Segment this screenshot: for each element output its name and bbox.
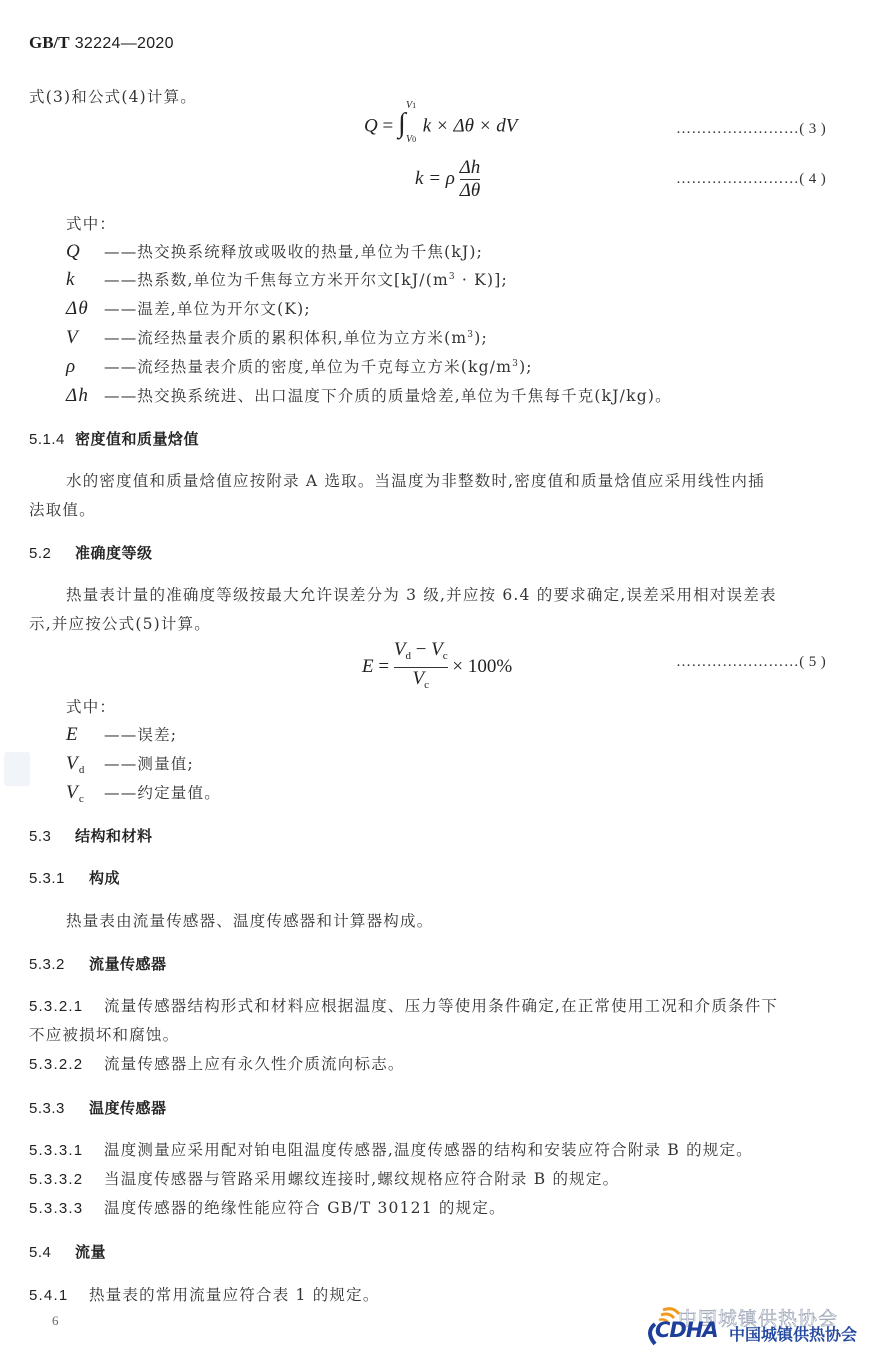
formula-4-denominator: Δθ — [460, 181, 481, 201]
logo-letters: CDHA — [655, 1318, 718, 1342]
formula-4-lhs: k — [415, 168, 423, 189]
page-number: 6 — [52, 1313, 59, 1329]
heading-5-1-4: 5.1.4密度值和质量焓值 — [29, 428, 199, 449]
formula-3-eq: = — [382, 115, 393, 136]
clause-5-3-3-3: 5.3.3.3温度传感器的绝缘性能应符合 GB/T 30121 的规定。 — [29, 1196, 506, 1218]
where-item-Q: Q——热交换系统释放或吸收的热量,单位为千焦(kJ); — [66, 240, 483, 263]
para-5-2-line2: 示,并应按公式(5)计算。 — [29, 612, 211, 634]
heading-5-3-3: 5.3.3温度传感器 — [29, 1097, 167, 1118]
where-item-rho: ρ——流经热量表介质的密度,单位为千克每立方米(kg/m3); — [66, 355, 533, 378]
formula-4-number: ……………………( 4 ) — [676, 171, 826, 188]
standard-code: GB/T 32224—2020 — [29, 33, 174, 53]
formula-4-fraction: Δh Δθ — [460, 158, 481, 201]
side-watermark-badge — [4, 752, 30, 786]
clause-5-4-1: 5.4.1热量表的常用流量应符合表 1 的规定。 — [29, 1283, 380, 1305]
integral-lower: V0 — [406, 134, 416, 145]
heading-5-3-1: 5.3.1构成 — [29, 867, 120, 888]
heading-5-2: 5.2准确度等级 — [29, 542, 153, 563]
para-5-3-1: 热量表由流量传感器、温度传感器和计算器构成。 — [66, 909, 433, 931]
clause-5-3-2-2: 5.3.2.2流量传感器上应有永久性介质流向标志。 — [29, 1052, 405, 1074]
where2-item-E: E——误差; — [66, 723, 177, 746]
clause-5-3-3-1: 5.3.3.1温度测量应采用配对铂电阻温度传感器,温度传感器的结构和安装应符合附… — [29, 1138, 753, 1160]
formula-4-eq: = ρ — [428, 168, 455, 189]
where-item-k: k——热系数,单位为千焦每立方米开尔文[kJ/(m3 · K)]; — [66, 268, 508, 291]
para-5-1-4-line1: 水的密度值和质量焓值应按附录 A 选取。当温度为非整数时,密度值和质量焓值应采用… — [66, 469, 765, 491]
para-5-1-4-line2: 法取值。 — [29, 498, 96, 520]
where-item-dh: Δh——热交换系统进、出口温度下介质的质量焓差,单位为千焦每千克(kJ/kg)。 — [66, 384, 672, 407]
formula-5-eq: = — [378, 656, 389, 677]
formula-3-body: k × Δθ × dV — [423, 115, 518, 136]
clause-5-3-2-1: 5.3.2.1流量传感器结构形式和材料应根据温度、压力等使用条件确定,在正常使用… — [29, 994, 778, 1016]
where-label-2: 式中： — [66, 695, 116, 717]
formula-4-numerator: Δh — [460, 158, 481, 178]
formula-3-lhs: Q — [364, 115, 378, 136]
heading-5-4: 5.4流量 — [29, 1241, 106, 1262]
formula-5: E = Vd − Vc Vc × 100% — [362, 640, 512, 695]
association-logo-watermark: 中国城镇供热协会 CDHA 中国城镇供热协会 — [645, 1302, 875, 1346]
formula-3: Q = ∫ V1 V0 k × Δθ × dV — [364, 112, 517, 142]
formula-5-fraction: Vd − Vc Vc — [394, 640, 448, 695]
formula-5-number: ……………………( 5 ) — [676, 654, 826, 671]
formula-3-number: ……………………( 3 ) — [676, 121, 826, 138]
intro-line: 式(3)和公式(4)计算。 — [29, 85, 197, 107]
clause-5-3-3-2: 5.3.3.2当温度传感器与管路采用螺纹连接时,螺纹规格应符合附录 B 的规定。 — [29, 1167, 619, 1189]
formula-5-tail: × 100% — [452, 656, 512, 677]
formula-5-denominator: Vc — [394, 669, 448, 695]
where2-item-Vc: Vc——约定量值。 — [66, 781, 221, 805]
formula-5-numerator: Vd − Vc — [394, 640, 448, 666]
integral-sign: ∫ V1 V0 — [398, 112, 418, 142]
heading-5-3-2: 5.3.2流量传感器 — [29, 953, 167, 974]
logo-text: 中国城镇供热协会 — [729, 1322, 857, 1345]
clause-5-3-2-1-cont: 不应被损坏和腐蚀。 — [29, 1023, 179, 1045]
where2-item-Vd: Vd——测量值; — [66, 752, 194, 776]
integral-upper: V1 — [406, 100, 416, 111]
where-item-dtheta: Δθ——温差,单位为开尔文(K); — [66, 297, 311, 320]
heading-5-3: 5.3结构和材料 — [29, 825, 153, 846]
where-label: 式中： — [66, 212, 116, 234]
where-item-V: V——流经热量表介质的累积体积,单位为立方米(m3); — [66, 326, 488, 349]
para-5-2-line1: 热量表计量的准确度等级按最大允许误差分为 3 级,并应按 6.4 的要求确定,误… — [66, 583, 777, 605]
formula-4: k = ρ Δh Δθ — [415, 158, 480, 201]
formula-5-lhs: E — [362, 656, 374, 677]
standard-number: 32224—2020 — [75, 35, 174, 52]
standard-prefix: GB/T — [29, 33, 70, 52]
